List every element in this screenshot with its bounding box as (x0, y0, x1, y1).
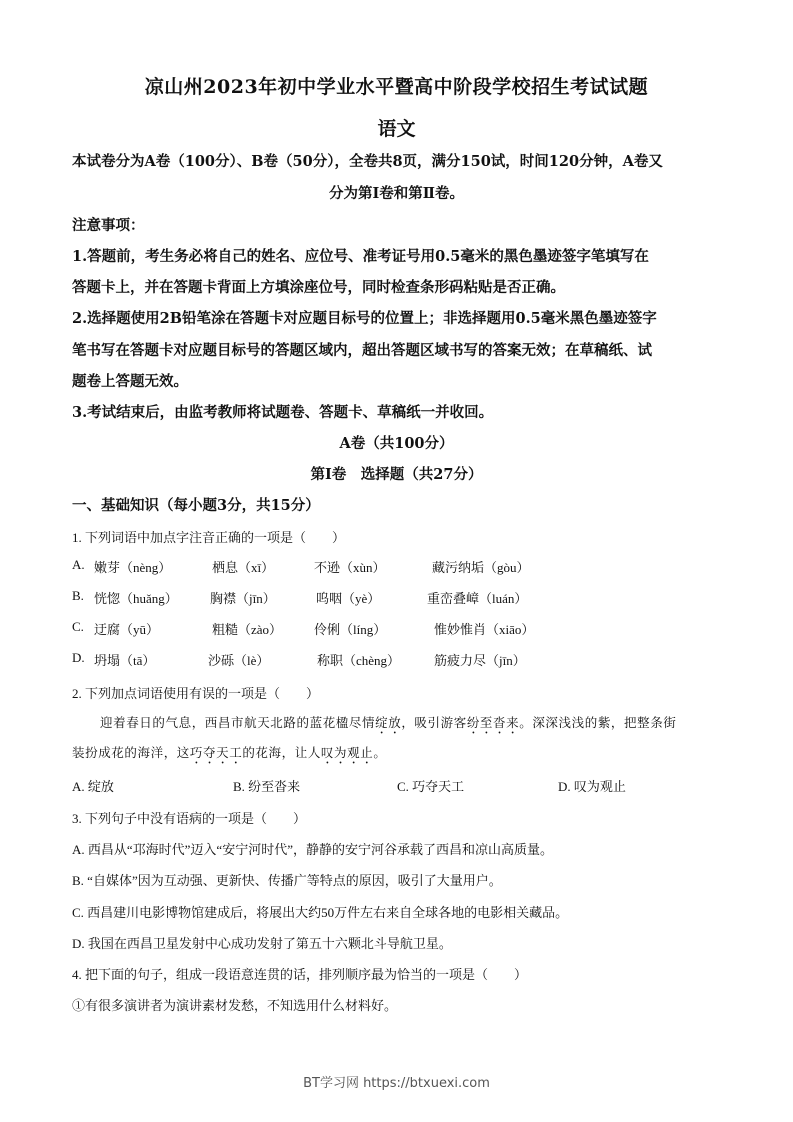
word-item: 迂腐（yū） (94, 619, 159, 638)
word-item: 称职（chèng） (317, 650, 400, 669)
passage-text: 迎着春日的气息，西昌市航天北路的蓝花楹尽情 (100, 715, 375, 730)
question-3-option-c: C. 西昌建川电影博物馆建成后，将展出大约50万件左右来自全球各地的电影相关藏品… (72, 902, 568, 921)
option-a: A. 绽放 (72, 776, 114, 795)
word-item: 恍惚（huǎng） (94, 588, 178, 607)
passage-text: ，吸引游客 (401, 715, 467, 730)
passage-text: 。深深浅浅的紫，把整条街 (519, 715, 676, 730)
dotted-word: 纷至沓来 (467, 715, 519, 730)
word-item: 惟妙惟肖（xiāo） (434, 619, 534, 638)
word-item: 呜咽（yè） (316, 588, 380, 607)
word-item: 不逊（xùn） (314, 557, 386, 576)
word-item: 坍塌（tā） (94, 650, 155, 669)
question-2-passage-line-1: 迎着春日的气息，西昌市航天北路的蓝花楹尽情绽放，吸引游客纷至沓来。深深浅浅的紫，… (100, 713, 676, 737)
passage-text: 的花海，让人 (242, 745, 321, 760)
note-line: 2.选择题使用2B铅笔涂在答题卡对应题目标号的位置上；非选择题用0.5毫米黑色墨… (72, 307, 657, 328)
exam-title: 凉山州2023年初中学业水平暨高中阶段学校招生考试试题 (0, 72, 793, 99)
passage-text: 。 (373, 745, 386, 760)
question-1-stem: 1. 下列词语中加点字注音正确的一项是（ ） (72, 527, 345, 546)
option-b: B. 纷至沓来 (233, 776, 300, 795)
option-d: D. 叹为观止 (558, 776, 626, 795)
word-item: 嫩芽（nèng） (94, 557, 171, 576)
notes-heading: 注意事项： (72, 214, 145, 235)
note-line: 1.答题前，考生务必将自己的姓名、应位号、准考证号用0.5毫米的黑色墨迹签字笔填… (72, 245, 649, 266)
question-2-passage-line-2: 装扮成花的海洋，这巧夺天工的花海，让人叹为观止。 (72, 743, 386, 767)
option-label: C. (72, 619, 84, 635)
note-line: 3.考试结束后，由监考教师将试题卷、答题卡、草稿纸一并收回。 (72, 401, 493, 422)
exam-page: 凉山州2023年初中学业水平暨高中阶段学校招生考试试题 语文 本试卷分为A卷（1… (0, 0, 793, 1122)
question-3-option-b: B. “自媒体”因为互动强、更新快、传播广等特点的原因，吸引了大量用户。 (72, 870, 502, 889)
option-label: A. (72, 557, 85, 573)
section-a-heading: A卷（共100分） (0, 432, 793, 453)
option-label: D. (72, 650, 85, 666)
passage-text: 装扮成花的海洋，这 (72, 745, 190, 760)
dotted-word: 巧夺天工 (190, 745, 242, 760)
note-line: 答题卡上，并在答题卡背面上方填涂座位号，同时检查条形码粘贴是否正确。 (72, 276, 565, 297)
word-item: 筋疲力尽（jīn） (434, 650, 526, 669)
dotted-word: 绽放 (375, 715, 401, 730)
question-3-stem: 3. 下列句子中没有语病的一项是（ ） (72, 808, 306, 827)
section-i-heading: 第Ⅰ卷 选择题（共27分） (0, 463, 793, 484)
question-3-option-d: D. 我国在西昌卫星发射中心成功发射了第五十六颗北斗导航卫星。 (72, 933, 452, 952)
word-item: 伶俐（líng） (314, 619, 386, 638)
footer-watermark: BT学习网 https://btxuexi.com (0, 1072, 793, 1091)
part-one-heading: 一、基础知识（每小题3分，共15分） (72, 494, 320, 515)
word-item: 胸襟（jīn） (210, 588, 276, 607)
note-line: 笔书写在答题卡对应题目标号的答题区域内，超出答题区域书写的答案无效；在草稿纸、试 (72, 339, 652, 360)
word-item: 沙砾（lè） (208, 650, 269, 669)
subject-title: 语文 (0, 114, 793, 141)
question-4-stem: 4. 把下面的句子，组成一段语意连贯的话，排列顺序最为恰当的一项是（ ） (72, 964, 527, 983)
note-line: 题卷上答题无效。 (72, 370, 188, 391)
question-4-sentence-1: ①有很多演讲者为演讲素材发愁，不知选用什么材料好。 (72, 995, 397, 1014)
option-c: C. 巧夺天工 (397, 776, 464, 795)
option-label: B. (72, 588, 84, 604)
word-item: 藏污纳垢（gòu） (432, 557, 530, 576)
intro-line-1: 本试卷分为A卷（100分）、B卷（50分），全卷共8页，满分150试，时间120… (72, 150, 663, 171)
intro-line-2: 分为第Ⅰ卷和第Ⅱ卷。 (0, 182, 793, 203)
dotted-word: 叹为观止 (321, 745, 373, 760)
word-item: 栖息（xī） (212, 557, 274, 576)
word-item: 粗糙（zào） (212, 619, 282, 638)
question-3-option-a: A. 西昌从“邛海时代”迈入“安宁河时代”，静静的安宁河谷承载了西昌和凉山高质量… (72, 839, 553, 858)
question-2-stem: 2. 下列加点词语使用有误的一项是（ ） (72, 683, 319, 702)
word-item: 重峦叠嶂（luán） (427, 588, 527, 607)
